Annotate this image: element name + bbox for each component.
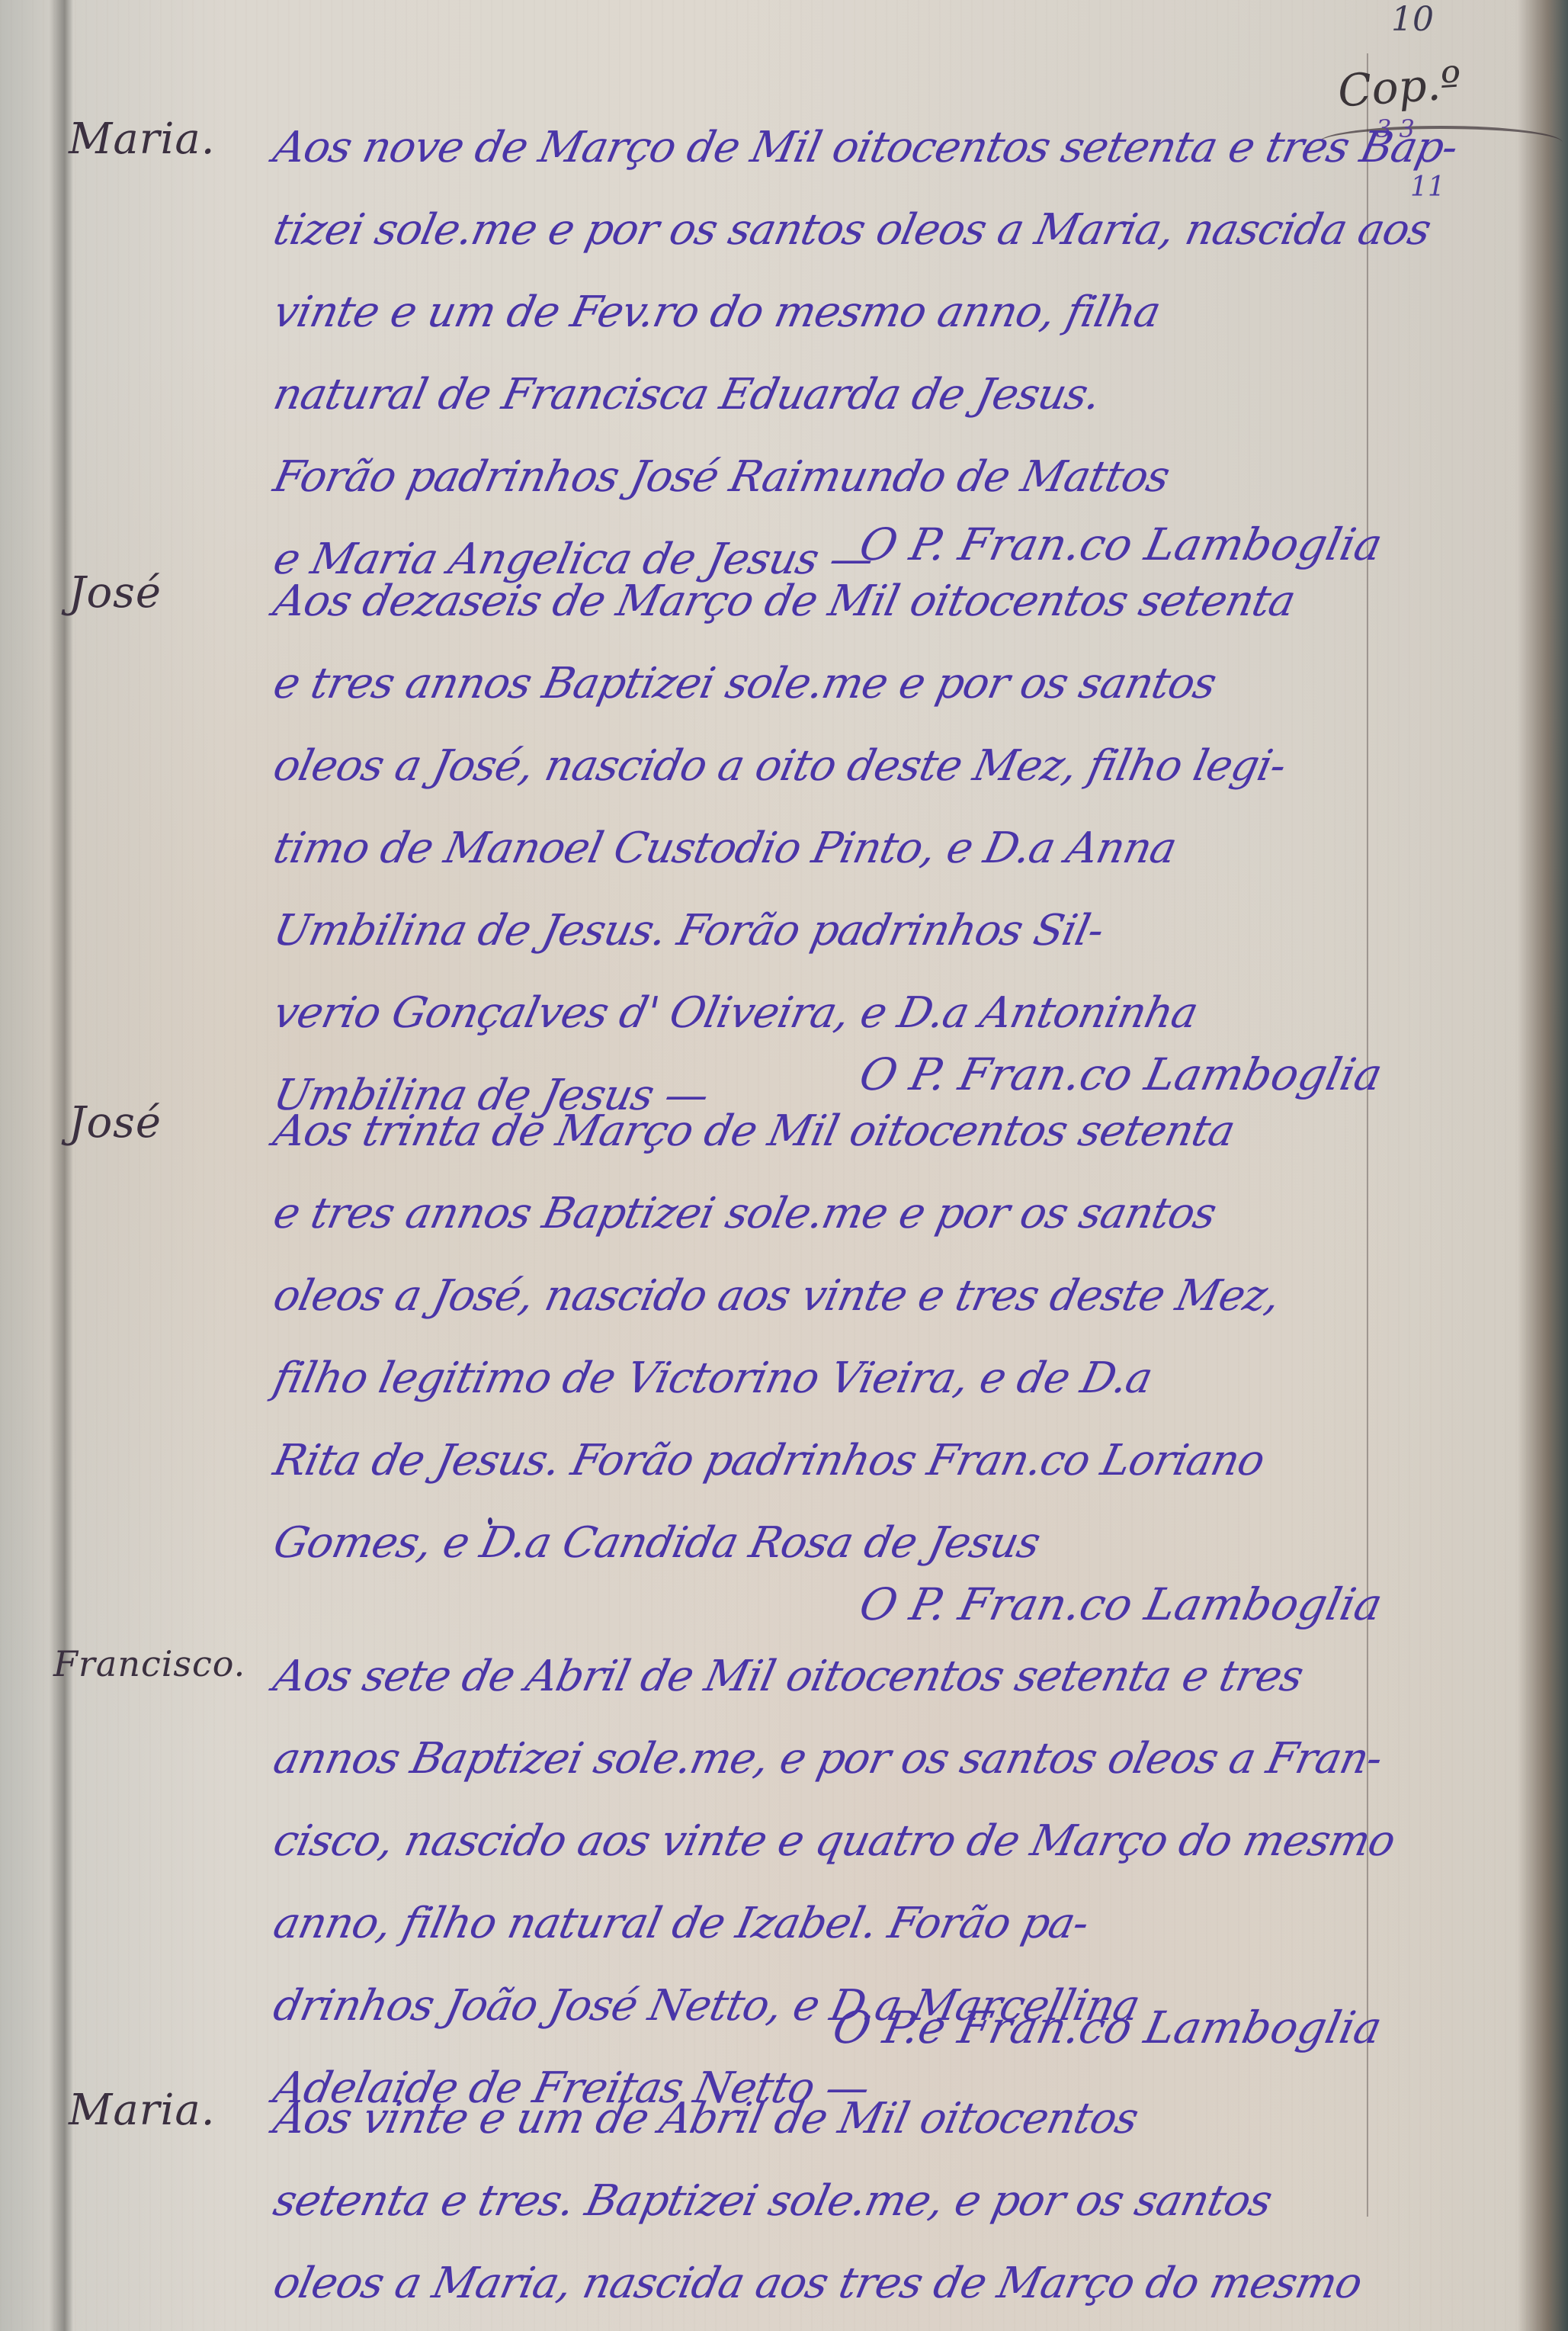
text-line: Aos nove de Março de Mil oitocentos sete…	[266, 107, 1366, 189]
text-line: oleos a Maria, nascida aos tres de Março…	[266, 2243, 1366, 2325]
text-line: vinte e um de Fev.ro do mesmo anno, filh…	[266, 271, 1366, 354]
entry-margin-name: José	[69, 568, 162, 618]
text-line: Aos sete de Abril de Mil oitocentos sete…	[266, 1636, 1366, 1718]
text-line: oleos a José, nascido a oito deste Mez, …	[266, 725, 1366, 808]
text-line: e tres annos Baptizei sole.me e por os s…	[266, 643, 1366, 725]
document-photo: 10 Cop.º 3 3 11 Maria. Aos nove de Março…	[0, 0, 1568, 2331]
text-line: timo de Manoel Custodio Pinto, e D.a Ann…	[266, 808, 1366, 890]
ink-dot	[488, 1517, 492, 1525]
entry-text: Aos trinta de Março de Mil oitocentos se…	[274, 1090, 1357, 1585]
text-line: Rita de Jesus. Forão padrinhos Fran.co L…	[266, 1420, 1366, 1502]
text-line: Forão padrinhos José Raimundo de Mattos	[266, 436, 1366, 519]
text-line: anno, filho natural de Izabel. Forão pa-	[266, 1883, 1366, 1965]
text-line: filho legitimo de Victorino Vieira, e de…	[266, 1337, 1366, 1420]
book-binding	[0, 0, 70, 2331]
text-line: Gomes, e D.a Candida Rosa de Jesus	[266, 1502, 1366, 1585]
page-number: 10	[1391, 0, 1434, 39]
entry-margin-name: Maria.	[69, 114, 216, 164]
folio-count: 11	[1410, 172, 1445, 203]
text-line: tizei sole.me e por os santos oleos a Ma…	[266, 189, 1366, 271]
text-line: Umbilina de Jesus. Forão padrinhos Sil-	[266, 890, 1366, 972]
text-line: natural de Francisca Eduarda de Jesus.	[266, 354, 1366, 436]
entry-text: Aos vinte e um de Abril de Mil oitocento…	[274, 2078, 1357, 2325]
text-line: e tres annos Baptizei sole.me e por os s…	[266, 1173, 1366, 1255]
text-line: oleos a José, nascido aos vinte e tres d…	[266, 1255, 1366, 1337]
text-line: Aos dezaseis de Março de Mil oitocentos …	[266, 560, 1366, 643]
text-line: annos Baptizei sole.me, e por os santos …	[266, 1718, 1366, 1800]
text-line: verio Gonçalves d' Oliveira, e D.a Anton…	[266, 972, 1366, 1055]
priest-signature: O P.e Fran.co Lamboglia	[829, 2002, 1387, 2053]
entry-text: Aos sete de Abril de Mil oitocentos sete…	[274, 1636, 1357, 2130]
entry-margin-name: Maria.	[69, 2085, 216, 2135]
priest-signature: O P. Fran.co Lamboglia	[855, 1578, 1387, 1630]
text-line: setenta e tres. Baptizei sole.me, e por …	[266, 2160, 1366, 2243]
text-line: Aos vinte e um de Abril de Mil oitocento…	[266, 2078, 1366, 2160]
text-line: Aos trinta de Março de Mil oitocentos se…	[266, 1090, 1366, 1173]
right-margin-rule	[1367, 53, 1368, 2217]
entry-margin-name: Francisco.	[53, 1643, 245, 1684]
entry-margin-name: José	[69, 1098, 162, 1148]
text-line: cisco, nascido aos vinte e quatro de Mar…	[266, 1800, 1366, 1883]
